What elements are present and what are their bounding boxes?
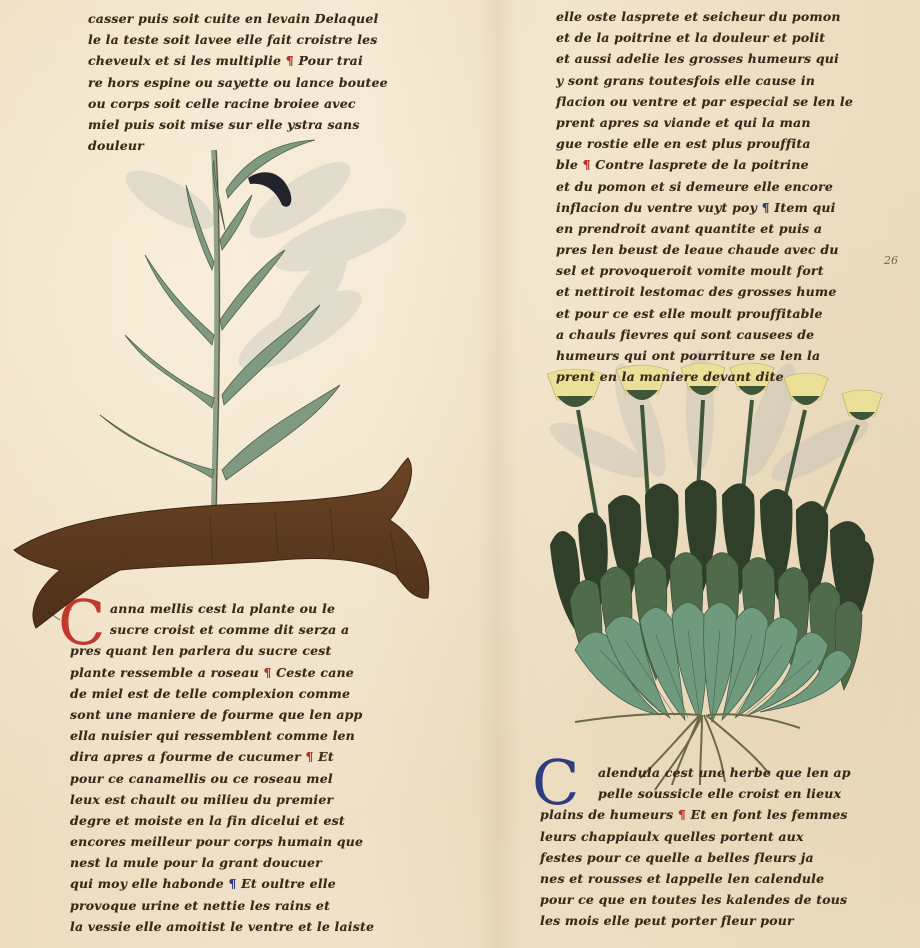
- text-line: y sont grans toutesfois elle cause in: [556, 70, 896, 91]
- right-column-bottom-text: alendula cest une herbe que len ap pelle…: [540, 762, 900, 932]
- text-line: ou corps soit celle racine broiee avec: [88, 93, 438, 114]
- text-line: et nettiroit lestomac des grosses hume: [556, 281, 896, 302]
- text-line: pour ce que en toutes les kalendes de to…: [540, 889, 900, 910]
- text-line: a chauls fievres qui sont causees de: [556, 324, 896, 345]
- text-line: en prendroit avant quantite et puis a: [556, 218, 896, 239]
- pilcrow-rubric: ¶: [286, 53, 294, 68]
- text-line: anna mellis cest la plante ou le: [70, 598, 415, 619]
- text-line: flacion ou ventre et par especial se len…: [556, 91, 896, 112]
- text-line: elle oste lasprete et seicheur du pomon: [556, 6, 896, 27]
- text-line: et de la poitrine et la douleur et polit: [556, 27, 896, 48]
- pilcrow-rubric: ¶: [305, 749, 313, 764]
- folio-number: 26: [884, 254, 898, 267]
- text-line: sucre croist et comme dit serza a: [70, 619, 415, 640]
- text-line: pres quant len parlera du sucre cest: [70, 640, 415, 661]
- pilcrow-rubric: ¶: [263, 665, 271, 680]
- text-line: cheveulx et si les multiplie ¶ Pour trai: [88, 50, 438, 71]
- text-line: sel et provoqueroit vomite moult fort: [556, 260, 896, 281]
- text-line: douleur: [88, 135, 438, 156]
- text-line: encores meilleur pour corps humain que: [70, 831, 415, 852]
- text-line: plains de humeurs ¶ Et en font les femme…: [540, 804, 900, 825]
- text-line: sont une maniere de fourme que len app: [70, 704, 415, 725]
- text-line: de miel est de telle complexion comme: [70, 683, 415, 704]
- text-line: et aussi adelie les grosses humeurs qui: [556, 48, 896, 69]
- text-line: humeurs qui ont pourriture se len la: [556, 345, 896, 366]
- text-line: alendula cest une herbe que len ap: [540, 762, 900, 783]
- text-line: casser puis soit cuite en levain Delaque…: [88, 8, 438, 29]
- pilcrow-rubric: ¶: [228, 876, 236, 891]
- text-line: qui moy elle habonde ¶ Et oultre elle: [70, 873, 415, 894]
- text-line: prent en la maniere devant dite: [556, 366, 896, 387]
- text-line: dira apres a fourme de cucumer ¶ Et: [70, 746, 415, 767]
- text-line: pres len beust de leaue chaude avec du: [556, 239, 896, 260]
- text-line: provoque urine et nettie les rains et: [70, 895, 415, 916]
- left-column-top-text: casser puis soit cuite en levain Delaque…: [88, 8, 438, 156]
- text-line: ella nuisier qui ressemblent comme len: [70, 725, 415, 746]
- pilcrow-rubric: ¶: [583, 157, 591, 172]
- text-line: degre et moiste en la fin dicelui et est: [70, 810, 415, 831]
- text-line: re hors espine ou sayette ou lance boute…: [88, 72, 438, 93]
- pilcrow-rubric: ¶: [678, 807, 686, 822]
- text-line: leurs chappiaulx quelles portent aux: [540, 826, 900, 847]
- text-line: nest la mule pour la grant doucuer: [70, 852, 415, 873]
- text-line: la vessie elle amoitist le ventre et le …: [70, 916, 415, 937]
- text-line: leux est chault ou milieu du premier: [70, 789, 415, 810]
- text-line: prent apres sa viande et qui la man: [556, 112, 896, 133]
- text-line: et du pomon et si demeure elle encore: [556, 176, 896, 197]
- left-column-bottom-text: anna mellis cest la plante ou le sucre c…: [70, 598, 415, 937]
- text-line: festes pour ce quelle a belles fleurs ja: [540, 847, 900, 868]
- text-line: inflacion du ventre vuyt poy ¶ Item qui: [556, 197, 896, 218]
- text-line: pour ce canamellis ou ce roseau mel: [70, 768, 415, 789]
- text-line: et pour ce est elle moult prouffitable: [556, 303, 896, 324]
- text-line: plante ressemble a roseau ¶ Ceste cane: [70, 662, 415, 683]
- text-line: les mois elle peut porter fleur pour: [540, 910, 900, 931]
- text-line: ble ¶ Contre lasprete de la poitrine: [556, 154, 896, 175]
- text-line: le la teste soit lavee elle fait croistr…: [88, 29, 438, 50]
- right-column-top-text: elle oste lasprete et seicheur du pomon …: [556, 6, 896, 387]
- text-line: nes et rousses et lappelle len calendule: [540, 868, 900, 889]
- pilcrow-rubric: ¶: [762, 200, 770, 215]
- text-line: pelle soussicle elle croist en lieux: [540, 783, 900, 804]
- text-line: miel puis soit mise sur elle ystra sans: [88, 114, 438, 135]
- text-line: gue rostie elle en est plus prouffita: [556, 133, 896, 154]
